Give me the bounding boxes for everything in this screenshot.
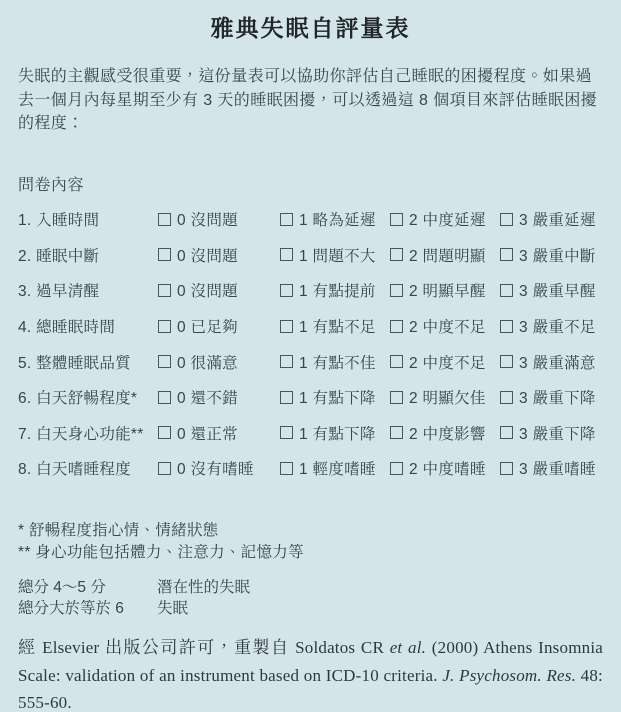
option-label: 3 嚴重下降 bbox=[519, 422, 596, 444]
question-label: 5. 整體睡眠品質 bbox=[18, 351, 158, 373]
score-rule-row: 總分 4～5 分 潛在性的失眠 bbox=[18, 578, 603, 599]
score-meaning: 失眠 bbox=[157, 599, 603, 620]
checkbox-icon[interactable] bbox=[280, 320, 293, 333]
checkbox-icon[interactable] bbox=[500, 462, 513, 475]
option-label: 3 嚴重滿意 bbox=[519, 351, 596, 373]
question-label: 8. 白天嗜睡程度 bbox=[18, 457, 158, 479]
option-label: 1 有點不足 bbox=[299, 315, 376, 337]
checkbox-icon[interactable] bbox=[280, 391, 293, 404]
question-7-option-3[interactable]: 3 嚴重嗜睡 bbox=[500, 457, 603, 479]
question-1-option-2[interactable]: 2 問題明顯 bbox=[390, 244, 500, 266]
checkbox-icon[interactable] bbox=[500, 320, 513, 333]
question-1-option-0[interactable]: 0 沒問題 bbox=[158, 244, 280, 266]
footnote-comfort: * 舒暢程度指心情、情緒狀態 bbox=[18, 520, 603, 542]
checkbox-icon[interactable] bbox=[158, 213, 171, 226]
checkbox-icon[interactable] bbox=[158, 284, 171, 297]
option-label: 1 問題不大 bbox=[299, 244, 376, 266]
question-5-option-0[interactable]: 0 還不錯 bbox=[158, 386, 280, 408]
question-label: 4. 總睡眠時間 bbox=[18, 315, 158, 337]
score-range: 總分 4～5 分 bbox=[18, 578, 157, 599]
checkbox-icon[interactable] bbox=[280, 426, 293, 439]
checkbox-icon[interactable] bbox=[280, 462, 293, 475]
option-label: 3 嚴重中斷 bbox=[519, 244, 596, 266]
question-label: 6. 白天舒暢程度* bbox=[18, 386, 158, 408]
question-row: 8. 白天嗜睡程度 0 沒有嗜睡 1 輕度嗜睡 2 中度嗜睡 3 嚴重嗜睡 bbox=[18, 451, 603, 487]
question-0-option-2[interactable]: 2 中度延遲 bbox=[390, 208, 500, 230]
option-label: 1 略為延遲 bbox=[299, 208, 376, 230]
option-label: 3 嚴重不足 bbox=[519, 315, 596, 337]
option-label: 0 已足夠 bbox=[177, 315, 238, 337]
option-label: 2 中度不足 bbox=[409, 315, 486, 337]
question-row: 4. 總睡眠時間 0 已足夠 1 有點不足 2 中度不足 3 嚴重不足 bbox=[18, 308, 603, 344]
question-4-option-2[interactable]: 2 中度不足 bbox=[390, 351, 500, 373]
question-row: 3. 過早清醒 0 沒問題 1 有點提前 2 明顯早醒 3 嚴重早醒 bbox=[18, 273, 603, 309]
question-1-option-1[interactable]: 1 問題不大 bbox=[280, 244, 390, 266]
question-6-option-1[interactable]: 1 有點下降 bbox=[280, 422, 390, 444]
option-label: 0 沒問題 bbox=[177, 279, 238, 301]
question-0-option-1[interactable]: 1 略為延遲 bbox=[280, 208, 390, 230]
checkbox-icon[interactable] bbox=[500, 355, 513, 368]
option-label: 2 明顯早醒 bbox=[409, 279, 486, 301]
checkbox-icon[interactable] bbox=[500, 213, 513, 226]
checkbox-icon[interactable] bbox=[500, 426, 513, 439]
option-label: 2 問題明顯 bbox=[409, 244, 486, 266]
checkbox-icon[interactable] bbox=[280, 248, 293, 261]
question-5-option-2[interactable]: 2 明顯欠佳 bbox=[390, 386, 500, 408]
questionnaire: 1. 入睡時間 0 沒問題 1 略為延遲 2 中度延遲 3 嚴重延遲 2. 睡眠… bbox=[18, 202, 603, 487]
citation-et-al: et al. bbox=[390, 638, 426, 657]
option-label: 0 很滿意 bbox=[177, 351, 238, 373]
option-label: 3 嚴重延遲 bbox=[519, 208, 596, 230]
option-label: 0 沒問題 bbox=[177, 208, 238, 230]
question-label: 3. 過早清醒 bbox=[18, 279, 158, 301]
question-2-option-2[interactable]: 2 明顯早醒 bbox=[390, 279, 500, 301]
option-label: 2 中度延遲 bbox=[409, 208, 486, 230]
checkbox-icon[interactable] bbox=[390, 391, 403, 404]
score-range: 總分大於等於 6 bbox=[18, 599, 157, 620]
checkbox-icon[interactable] bbox=[280, 284, 293, 297]
question-3-option-0[interactable]: 0 已足夠 bbox=[158, 315, 280, 337]
question-row: 2. 睡眠中斷 0 沒問題 1 問題不大 2 問題明顯 3 嚴重中斷 bbox=[18, 237, 603, 273]
checkbox-icon[interactable] bbox=[500, 391, 513, 404]
option-label: 1 有點提前 bbox=[299, 279, 376, 301]
option-label: 1 有點下降 bbox=[299, 422, 376, 444]
checkbox-icon[interactable] bbox=[390, 248, 403, 261]
question-row: 1. 入睡時間 0 沒問題 1 略為延遲 2 中度延遲 3 嚴重延遲 bbox=[18, 202, 603, 238]
question-row: 6. 白天舒暢程度* 0 還不錯 1 有點下降 2 明顯欠佳 3 嚴重下降 bbox=[18, 379, 603, 415]
question-0-option-0[interactable]: 0 沒問題 bbox=[158, 208, 280, 230]
option-label: 1 輕度嗜睡 bbox=[299, 457, 376, 479]
question-5-option-3[interactable]: 3 嚴重下降 bbox=[500, 386, 603, 408]
option-label: 2 中度影響 bbox=[409, 422, 486, 444]
option-label: 3 嚴重嗜睡 bbox=[519, 457, 596, 479]
question-3-option-1[interactable]: 1 有點不足 bbox=[280, 315, 390, 337]
question-label: 7. 白天身心功能** bbox=[18, 422, 158, 444]
question-4-option-0[interactable]: 0 很滿意 bbox=[158, 351, 280, 373]
checkbox-icon[interactable] bbox=[500, 248, 513, 261]
checkbox-icon[interactable] bbox=[158, 355, 171, 368]
checkbox-icon[interactable] bbox=[158, 462, 171, 475]
question-row: 5. 整體睡眠品質 0 很滿意 1 有點不佳 2 中度不足 3 嚴重滿意 bbox=[18, 344, 603, 380]
option-label: 2 明顯欠佳 bbox=[409, 386, 486, 408]
question-6-option-0[interactable]: 0 還正常 bbox=[158, 422, 280, 444]
checkbox-icon[interactable] bbox=[280, 213, 293, 226]
question-2-option-0[interactable]: 0 沒問題 bbox=[158, 279, 280, 301]
option-label: 0 沒問題 bbox=[177, 244, 238, 266]
checkbox-icon[interactable] bbox=[390, 426, 403, 439]
question-3-option-3[interactable]: 3 嚴重不足 bbox=[500, 315, 603, 337]
checkbox-icon[interactable] bbox=[158, 320, 171, 333]
question-4-option-1[interactable]: 1 有點不佳 bbox=[280, 351, 390, 373]
question-7-option-0[interactable]: 0 沒有嗜睡 bbox=[158, 457, 280, 479]
option-label: 3 嚴重早醒 bbox=[519, 279, 596, 301]
checkbox-icon[interactable] bbox=[390, 284, 403, 297]
footnotes: * 舒暢程度指心情、情緒狀態 ** 身心功能包括體力、注意力、記憶力等 bbox=[18, 520, 603, 563]
question-1-option-3[interactable]: 3 嚴重中斷 bbox=[500, 244, 603, 266]
checkbox-icon[interactable] bbox=[390, 213, 403, 226]
checkbox-icon[interactable] bbox=[158, 426, 171, 439]
option-label: 3 嚴重下降 bbox=[519, 386, 596, 408]
option-label: 0 還不錯 bbox=[177, 386, 238, 408]
section-heading: 問卷內容 bbox=[18, 175, 603, 197]
footnote-functioning: ** 身心功能包括體力、注意力、記憶力等 bbox=[18, 542, 603, 564]
checkbox-icon[interactable] bbox=[280, 355, 293, 368]
citation: 經 Elsevier 出版公司許可，重製自 Soldatos CR et al.… bbox=[18, 634, 603, 712]
question-2-option-1[interactable]: 1 有點提前 bbox=[280, 279, 390, 301]
score-rule-row: 總分大於等於 6 失眠 bbox=[18, 599, 603, 620]
page-title: 雅典失眠自評量表 bbox=[18, 14, 603, 44]
question-2-option-3[interactable]: 3 嚴重早醒 bbox=[500, 279, 603, 301]
option-label: 2 中度不足 bbox=[409, 351, 486, 373]
option-label: 0 還正常 bbox=[177, 422, 238, 444]
citation-text: 經 Elsevier 出版公司許可，重製自 Soldatos CR bbox=[18, 638, 390, 657]
question-6-option-2[interactable]: 2 中度影響 bbox=[390, 422, 500, 444]
questionnaire-page: 雅典失眠自評量表 失眠的主觀感受很重要，這份量表可以協助你評估自己睡眠的困擾程度… bbox=[0, 0, 621, 712]
option-label: 0 沒有嗜睡 bbox=[177, 457, 254, 479]
question-4-option-3[interactable]: 3 嚴重滿意 bbox=[500, 351, 603, 373]
checkbox-icon[interactable] bbox=[158, 391, 171, 404]
checkbox-icon[interactable] bbox=[500, 284, 513, 297]
score-meaning: 潛在性的失眠 bbox=[157, 578, 603, 599]
question-label: 2. 睡眠中斷 bbox=[18, 244, 158, 266]
citation-journal: J. Psychosom. Res. bbox=[442, 666, 576, 685]
checkbox-icon[interactable] bbox=[158, 248, 171, 261]
checkbox-icon[interactable] bbox=[390, 355, 403, 368]
question-7-option-1[interactable]: 1 輕度嗜睡 bbox=[280, 457, 390, 479]
checkbox-icon[interactable] bbox=[390, 462, 403, 475]
checkbox-icon[interactable] bbox=[390, 320, 403, 333]
question-5-option-1[interactable]: 1 有點下降 bbox=[280, 386, 390, 408]
question-7-option-2[interactable]: 2 中度嗜睡 bbox=[390, 457, 500, 479]
question-label: 1. 入睡時間 bbox=[18, 208, 158, 230]
option-label: 2 中度嗜睡 bbox=[409, 457, 486, 479]
question-3-option-2[interactable]: 2 中度不足 bbox=[390, 315, 500, 337]
question-6-option-3[interactable]: 3 嚴重下降 bbox=[500, 422, 603, 444]
scoring-rules: 總分 4～5 分 潛在性的失眠 總分大於等於 6 失眠 bbox=[18, 578, 603, 619]
option-label: 1 有點不佳 bbox=[299, 351, 376, 373]
question-0-option-3[interactable]: 3 嚴重延遲 bbox=[500, 208, 603, 230]
question-row: 7. 白天身心功能** 0 還正常 1 有點下降 2 中度影響 3 嚴重下降 bbox=[18, 415, 603, 451]
intro-paragraph: 失眠的主觀感受很重要，這份量表可以協助你評估自己睡眠的困擾程度。如果過去一個月內… bbox=[18, 65, 603, 136]
option-label: 1 有點下降 bbox=[299, 386, 376, 408]
